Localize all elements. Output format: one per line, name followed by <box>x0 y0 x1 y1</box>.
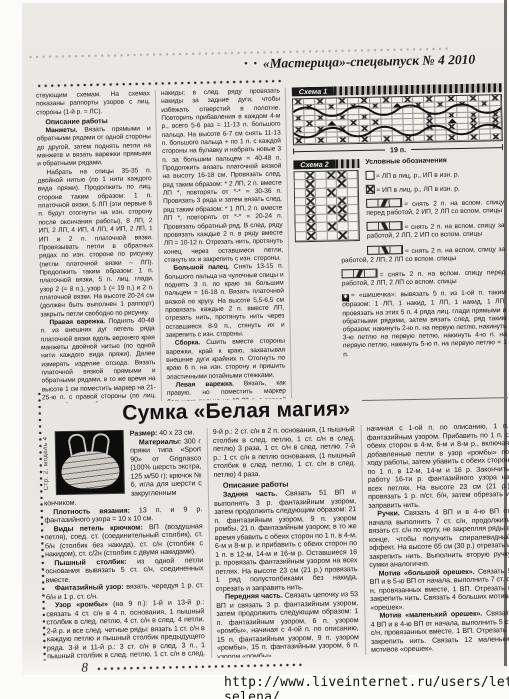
bobble-cell <box>447 118 458 124</box>
knit-cell <box>296 232 307 241</box>
paragraph: Набрать на спицы 35-35 п. двойной нитью … <box>37 167 154 319</box>
width-line-right <box>411 147 502 150</box>
bag-article-body: Стр. 2, модель 4 Размер: 40 х 23 см.Мате… <box>43 422 509 661</box>
legend-item: = снять 2 п. на вспом. спицу перед работ… <box>340 196 504 219</box>
knit-cell <box>348 231 359 240</box>
knit-cell <box>347 179 358 188</box>
knit-cell <box>327 214 338 223</box>
bobble-text: = «шишечка»: вывязать 5 п. из 1-ой п. та… <box>342 289 507 357</box>
purl-cell <box>447 135 458 141</box>
paragraph: Мотив «маленький орешек». Связать 4 ВП и… <box>370 609 509 654</box>
knit-cell <box>295 189 306 198</box>
paragraph: Задняя часть. Связать 51 ВП и выполнять … <box>214 488 358 593</box>
paragraph-lead: Узор «ромбы» <box>55 600 113 609</box>
paragraph-lead: Ручки. <box>377 509 404 518</box>
knit-cell <box>480 135 491 141</box>
header-dots: • • <box>244 58 259 68</box>
scheme1-grid <box>293 95 502 144</box>
purl-cell <box>491 134 502 140</box>
scan-content: • •«Мастерица»-спецвыпуск № 4 2010 ствую… <box>0 0 509 699</box>
paragraph-lead: Мотив «большой орешек». <box>378 567 478 577</box>
bag-photo <box>56 431 124 494</box>
purl-cell <box>425 136 436 142</box>
paragraph: Виды петель крючком: ВП (воздушная петля… <box>45 522 204 559</box>
mittens-column-1: ствующим схемам. На схемах показаны рапп… <box>36 90 156 403</box>
paragraph: Манжеты. Вязать прямыми и обратными ряда… <box>37 125 152 169</box>
knit-cell <box>338 223 349 232</box>
paragraph: накиды; в след. ряду провязать накиды за… <box>161 88 283 266</box>
scheme2-grid <box>293 170 359 242</box>
knit-cell <box>348 214 359 223</box>
mittens-column-3: Схема 1 19 п. <box>285 83 508 398</box>
paragraph-lead: Большой палец. <box>173 264 234 272</box>
knit-cell <box>296 223 307 232</box>
knit-cell <box>370 137 381 143</box>
purl-cell <box>381 136 392 142</box>
scheme1-chart <box>292 94 503 145</box>
bag-article: Сумка «Белая магия» Стр. 2, модель 4 Раз… <box>42 394 509 665</box>
purl-cell <box>326 171 337 180</box>
knit-cell <box>349 137 360 143</box>
purl-cell <box>305 189 316 198</box>
width-line-left <box>294 149 385 152</box>
knit-cell <box>317 223 328 232</box>
knit-cell <box>326 180 337 189</box>
bag-photo-caption: Стр. 2, модель 4 <box>43 432 54 495</box>
purl-cell <box>327 223 338 232</box>
cable-symbol-icon <box>367 245 403 255</box>
knit-cell <box>316 180 327 189</box>
chart-row <box>296 231 359 241</box>
knit-cell <box>327 138 338 144</box>
watermark-url: http://www.liveinternet.ru/users/letta-s… <box>224 675 509 699</box>
paragraph-lead: Размер: <box>130 429 160 438</box>
paragraph-lead: Правая варежка. <box>49 318 108 326</box>
magazine-header: • •«Мастерица»-спецвыпуск № 4 2010 <box>244 52 475 73</box>
knit-cell <box>414 136 425 142</box>
knit-cell <box>327 231 338 240</box>
paragraph: Узор «ромбы» (на 9 п.): 1-й и 13-й р.: с… <box>46 598 206 661</box>
paragraph: Большой палец. Снять 13-15 п. большого п… <box>164 263 284 340</box>
dotted-border-bottom <box>97 663 302 670</box>
scheme2-bar-decoration <box>336 159 360 168</box>
knit-cell <box>317 232 328 241</box>
paragraph-lead: Мотив «маленький орешек». <box>379 610 486 620</box>
knit-cell <box>315 171 326 180</box>
knit-cell <box>316 214 327 223</box>
knit-cell <box>295 215 306 224</box>
scheme2-label: Схема 2 <box>293 159 336 169</box>
bag-photo-block: Стр. 2, модель 4 <box>43 431 126 496</box>
knit-cell <box>316 189 327 198</box>
magazine-issue-title: «Мастерица»-спецвыпуск № 4 2010 <box>263 52 476 71</box>
knit-cell <box>436 135 447 141</box>
cable-symbol-icon <box>366 198 402 208</box>
knit-cell <box>347 171 358 180</box>
purl-cell <box>316 138 327 144</box>
knit-cell <box>347 188 358 197</box>
paragraph-lead: Материалы: <box>139 437 184 446</box>
bag-column-1: Стр. 2, модель 4 Размер: 40 х 23 см.Мате… <box>43 428 206 661</box>
paragraph: начиная с 1-ой п. по описанию, 1 п. фант… <box>367 422 509 510</box>
paragraph-lead: Пышный столбик: <box>54 557 137 567</box>
knit-cell <box>348 197 359 206</box>
purl-cell <box>294 138 305 144</box>
mittens-column-2: накиды; в след. ряду провязать накиды за… <box>155 88 286 401</box>
knit-cell <box>316 197 327 206</box>
bag-column-3: начиная с 1-ой п. по описанию, 1 п. фант… <box>361 422 509 655</box>
knit-cell <box>294 172 305 181</box>
legend-item: = снять 2 п. на вспом. спицу за работой,… <box>341 219 505 242</box>
legend-bobble-item: ✱= «шишечка»: вывязать 5 п. из 1-ой п. т… <box>342 289 507 359</box>
bag-column-2: 9-й р.: 2 ст. с/н в 2 п. основания, (1 п… <box>207 425 360 658</box>
paragraph: Мотив «большой орешек». Связать 5 ВП и в… <box>369 567 509 612</box>
purl-cell <box>338 137 349 143</box>
purl-cell <box>336 171 347 180</box>
paragraph: Правая варежка. Поднять 40-48 п. из внеш… <box>40 317 156 403</box>
paragraph-lead: Передняя часть. <box>225 592 285 601</box>
knit-cell <box>295 198 306 207</box>
purl-cell <box>403 136 414 142</box>
purl-cell <box>326 188 337 197</box>
paragraph: Сборка. Сшить вместе стороны варежки, кр… <box>166 338 286 382</box>
purl-cell <box>306 197 317 206</box>
knit-cell <box>337 188 348 197</box>
purl-cell <box>337 214 348 223</box>
knit-cell <box>348 222 359 231</box>
paragraph-lead: Левая варежка. <box>176 380 244 388</box>
cable-symbol-icon <box>341 269 377 279</box>
purl-cell <box>305 172 316 181</box>
paragraph: Пышный столбик: из одной петли основания… <box>45 556 203 585</box>
scheme2-label-bar: Схема 2 <box>293 159 359 169</box>
knit-cell <box>327 197 338 206</box>
purl-cell <box>338 231 349 240</box>
cable-symbol-icon <box>367 221 403 231</box>
scheme1-width-label: 19 п. <box>390 145 407 154</box>
bag-body-art <box>61 451 120 489</box>
dotted-border-top <box>38 80 284 88</box>
knit-cell <box>348 205 359 214</box>
purl-cell <box>327 206 338 215</box>
bobble-cell <box>326 121 337 127</box>
paragraph: Ручки. Связать 4 ВП и в 4-ю ВП от начала… <box>368 507 509 569</box>
paragraph-lead: Задняя часть. <box>223 490 285 499</box>
scheme2-and-legend: Схема 2 Условные обозначения = ЛП в лиц.… <box>293 156 507 360</box>
mittens-article: ствующим схемам. На схемах показаны рапп… <box>36 83 508 403</box>
legend-item: = ИП в лиц. р., ЛП в изн. р. <box>336 182 504 196</box>
purl-cell <box>305 180 316 189</box>
knit-cell <box>326 115 337 121</box>
legend-item: = снять 2 п. на вспом. спицу за работой,… <box>341 243 505 266</box>
purl-cell <box>337 205 348 214</box>
paragraph-lead: Сборка. <box>175 339 206 347</box>
scheme1-width-marker: 19 п. <box>293 143 503 156</box>
knit-cell <box>392 136 403 142</box>
bobble-cell <box>392 103 403 109</box>
knit-cell <box>295 180 306 189</box>
purl-cell <box>337 197 348 206</box>
legend-item: = ЛП в лиц. р., ИП в изн. р. <box>335 168 503 182</box>
purl-cell <box>447 113 458 119</box>
scanned-magazine-page: • •«Мастерица»-спецвыпуск № 4 2010 ствую… <box>0 0 509 699</box>
purl-cell <box>306 215 317 224</box>
paragraph-lead: Виды петель крючком: <box>54 523 150 533</box>
knit-cell <box>305 138 316 144</box>
paragraph: 9-й р.: 2 ст. с/н в 2 п. основания, (1 п… <box>213 425 356 479</box>
knit-cell <box>316 206 327 215</box>
knit-cell <box>458 135 469 141</box>
purl-cell <box>469 135 480 141</box>
scheme1-label: Схема 1 <box>292 86 335 96</box>
purl-cell <box>306 232 317 241</box>
purl-cell <box>337 180 348 189</box>
paragraph: ствующим схемам. На схемах показаны рапп… <box>36 90 150 117</box>
legend-title: Условные обозначения <box>335 156 503 168</box>
paragraph-lead: Сборка и отделка. <box>380 653 449 662</box>
knit-cell <box>392 97 403 103</box>
legend-item: = снять 2 п. на вспом. спицу перед работ… <box>341 266 505 289</box>
paragraph-lead: Манжеты. <box>46 127 85 135</box>
page-number: 8 <box>81 660 88 676</box>
purl-cell <box>360 137 371 143</box>
crossed-square-icon <box>366 185 375 194</box>
purl-cell <box>306 223 317 232</box>
purl-cell <box>306 206 317 215</box>
empty-square-icon <box>365 171 374 180</box>
scheme2-block: Схема 2 <box>293 159 361 246</box>
paragraph: Передняя часть. Связать цепочку из 53 ВП… <box>216 590 359 661</box>
paragraph-lead: Плотность вязания: <box>53 506 139 516</box>
knit-cell <box>295 206 306 215</box>
paragraph: Сборка и отделка. Сложить заднюю и перед… <box>371 652 509 662</box>
paragraph-lead: Фантазийный узор: <box>55 583 127 592</box>
